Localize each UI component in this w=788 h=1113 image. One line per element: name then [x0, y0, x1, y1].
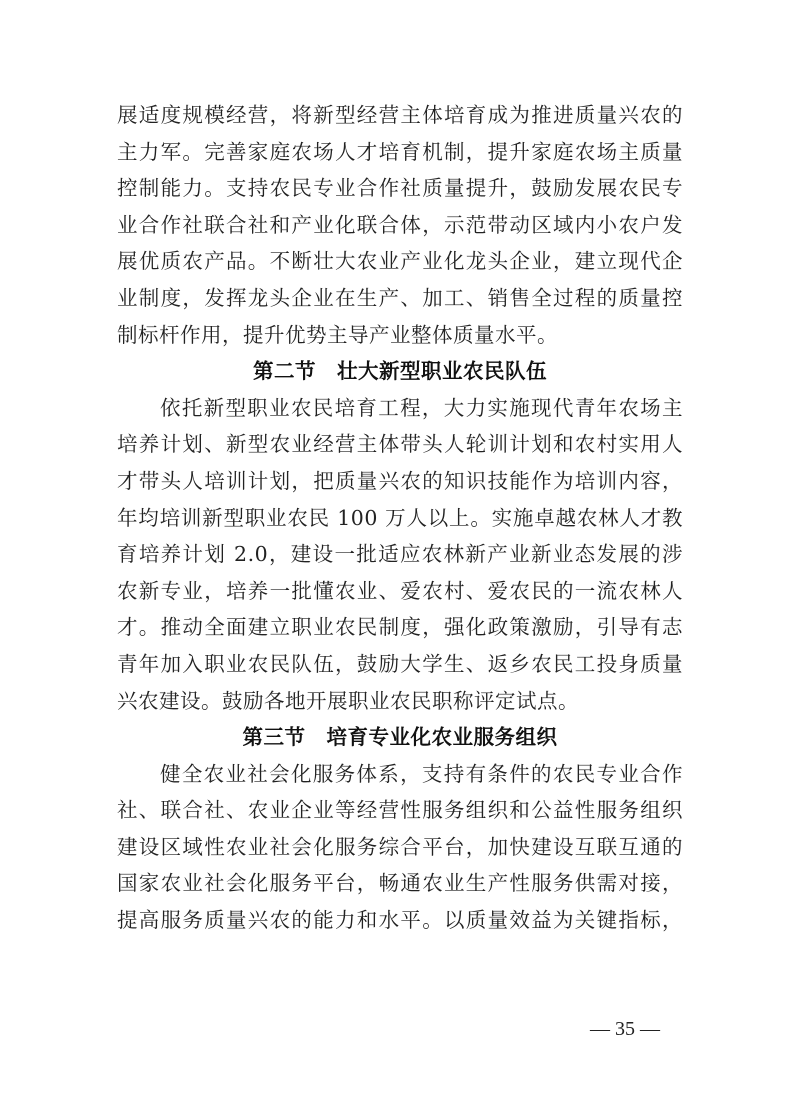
text-line: 育培养计划 2.0，建设一批适应农林新产业新业态发展的涉	[117, 536, 683, 573]
text-line: 建设区域性农业社会化服务综合平台，加快建设互联互通的	[117, 829, 683, 866]
text-line: 业合作社联合社和产业化联合体，示范带动区域内小农户发	[117, 207, 683, 244]
body-text: 展适度规模经营，将新型经营主体培育成为推进质量兴农的 主力军。完善家庭农场人才培…	[117, 97, 683, 939]
section-heading-3: 第三节 培育专业化农业服务组织	[117, 719, 683, 756]
text-line: 展适度规模经营，将新型经营主体培育成为推进质量兴农的	[117, 97, 683, 134]
text-line: 健全农业社会化服务体系，支持有条件的农民专业合作	[117, 756, 683, 793]
text-line: 控制能力。支持农民专业合作社质量提升，鼓励发展农民专	[117, 170, 683, 207]
text-line: 才带头人培训计划，把质量兴农的知识技能作为培训内容，	[117, 463, 683, 500]
text-line: 提高服务质量兴农的能力和水平。以质量效益为关键指标，	[117, 902, 683, 939]
paragraph-continued: 展适度规模经营，将新型经营主体培育成为推进质量兴农的 主力军。完善家庭农场人才培…	[117, 97, 683, 353]
text-line: 社、联合社、农业企业等经营性服务组织和公益性服务组织	[117, 792, 683, 829]
text-line: 年均培训新型职业农民 100 万人以上。实施卓越农林人才教	[117, 500, 683, 537]
text-line: 业制度，发挥龙头企业在生产、加工、销售全过程的质量控	[117, 280, 683, 317]
document-page: 展适度规模经营，将新型经营主体培育成为推进质量兴农的 主力军。完善家庭农场人才培…	[0, 0, 788, 1113]
text-line: 兴农建设。鼓励各地开展职业农民职称评定试点。	[117, 683, 683, 720]
section-heading-2: 第二节 壮大新型职业农民队伍	[117, 353, 683, 390]
text-line: 主力军。完善家庭农场人才培育机制，提升家庭农场主质量	[117, 134, 683, 171]
paragraph-section-2: 依托新型职业农民培育工程，大力实施现代青年农场主 培养计划、新型农业经营主体带头…	[117, 390, 683, 719]
text-line: 农新专业，培养一批懂农业、爱农村、爱农民的一流农林人	[117, 573, 683, 610]
page-number: — 35 —	[590, 1018, 660, 1041]
text-line: 青年加入职业农民队伍，鼓励大学生、返乡农民工投身质量	[117, 646, 683, 683]
paragraph-section-3: 健全农业社会化服务体系，支持有条件的农民专业合作 社、联合社、农业企业等经营性服…	[117, 756, 683, 939]
text-line: 才。推动全面建立职业农民制度，强化政策激励，引导有志	[117, 609, 683, 646]
text-line: 培养计划、新型农业经营主体带头人轮训计划和农村实用人	[117, 426, 683, 463]
text-line: 国家农业社会化服务平台，畅通农业生产性服务供需对接，	[117, 865, 683, 902]
text-line: 依托新型职业农民培育工程，大力实施现代青年农场主	[117, 390, 683, 427]
text-line: 展优质农产品。不断壮大农业产业化龙头企业，建立现代企	[117, 243, 683, 280]
text-line: 制标杆作用，提升优势主导产业整体质量水平。	[117, 317, 683, 354]
